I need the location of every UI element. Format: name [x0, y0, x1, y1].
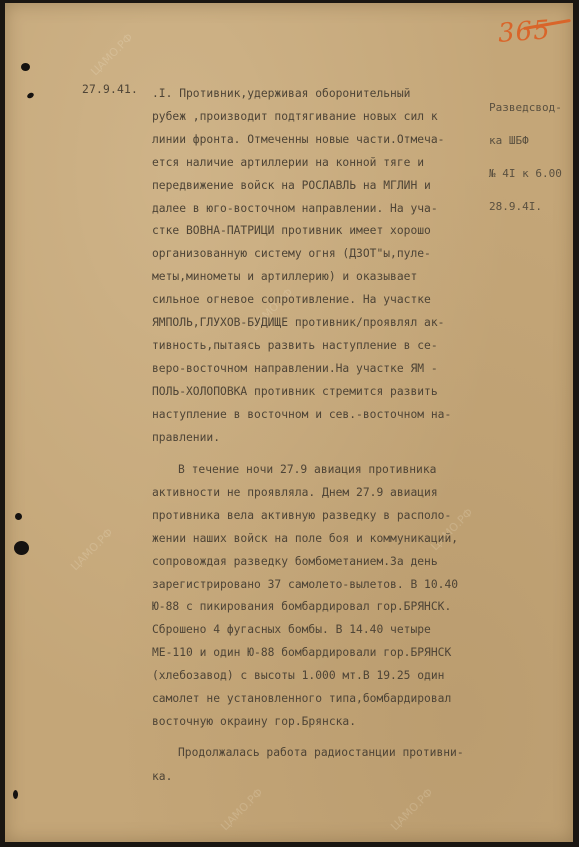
text-line: (хлебозавод) с высоты 1.000 мт.В 19.25 о… [152, 665, 458, 688]
side-note: Разведсвод- ка ШБФ № 4I к 6.00 28.9.4I. [489, 80, 562, 234]
text-line: В течение ночи 27.9 авиация противника [152, 459, 458, 482]
text-line: правлении. [152, 427, 451, 450]
side-note-line: № 4I к 6.00 [489, 168, 562, 179]
punch-hole-mark [26, 92, 35, 100]
report-date: 27.9.41. [82, 83, 138, 96]
text-line: далее в юго-восточном направлении. На уч… [152, 198, 451, 221]
watermark: ЦАМО.РФ [388, 786, 435, 833]
text-line: .I. Противник,удерживая оборонительный [152, 83, 451, 106]
text-line: сильное огневое сопротивление. На участк… [152, 289, 451, 312]
side-note-line: ка ШБФ [489, 135, 562, 146]
text-line: Продолжалась работа радиостанции противн… [152, 741, 464, 765]
text-line: организованную систему огня (ДЗОТ"ы,пуле… [152, 243, 451, 266]
text-line: Ю-88 с пикирования бомбардировал гор.БРЯ… [152, 596, 458, 619]
side-note-line: 28.9.4I. [489, 201, 562, 212]
paragraph-3: Продолжалась работа радиостанции противн… [152, 741, 464, 789]
text-line: меты,минометы и артиллерию) и оказывает [152, 266, 451, 289]
text-line: передвижение войск на РОСЛАВЛЬ на МГЛИН … [152, 175, 451, 198]
text-line: самолет не установленного типа,бомбардир… [152, 688, 458, 711]
text-line: наступление в восточном и сев.-восточном… [152, 404, 451, 427]
document-page: 365 ЦАМО.РФ ЦАМО.РФ ЦАМО.РФ ЦАМО.РФ ЦАМО… [5, 3, 573, 842]
text-line: ЯМПОЛЬ,ГЛУХОВ-БУДИЩЕ противник/проявлял … [152, 312, 451, 335]
handwritten-page-number: 365 [497, 15, 552, 49]
text-line: линии фронта. Отмеченны новые части.Отме… [152, 129, 451, 152]
text-line: МЕ-110 и один Ю-88 бомбардировали гор.БР… [152, 642, 458, 665]
text-line: зарегистрировано 37 самолето-вылетов. В … [152, 574, 458, 597]
text-line: стке ВОВНА-ПАТРИЦИ противник имеет хорош… [152, 220, 451, 243]
text-line: ется наличие артиллерии на конной тяге и [152, 152, 451, 175]
side-note-line: Разведсвод- [489, 102, 562, 113]
text-line: ка. [152, 765, 464, 789]
text-line: сопровождая разведку бомбометанием.За де… [152, 551, 458, 574]
text-line: веро-восточном направлении.На участке ЯМ… [152, 358, 451, 381]
punch-hole-mark [21, 63, 30, 71]
punch-hole-mark [15, 513, 22, 520]
watermark: ЦАМО.РФ [88, 31, 135, 78]
text-line: восточную окраину гор.Брянска. [152, 711, 458, 734]
watermark: ЦАМО.РФ [68, 526, 115, 573]
watermark: ЦАМО.РФ [218, 786, 265, 833]
text-line: рубеж ,производит подтягивание новых сил… [152, 106, 451, 129]
text-line: противника вела активную разведку в расп… [152, 505, 458, 528]
text-line: жении наших войск на поле боя и коммуник… [152, 528, 458, 551]
text-line: ПОЛЬ-ХОЛОПОВКА противник стремится разви… [152, 381, 451, 404]
text-line: тивность,пытаясь развить наступление в с… [152, 335, 451, 358]
paragraph-2: В течение ночи 27.9 авиация противника а… [152, 459, 458, 734]
paragraph-1: .I. Противник,удерживая оборонительный р… [152, 83, 451, 450]
punch-hole-mark [14, 541, 29, 555]
punch-hole-mark [13, 790, 18, 799]
text-line: активности не проявляла. Днем 27.9 авиац… [152, 482, 458, 505]
text-line: Сброшено 4 фугасных бомбы. В 14.40 четыр… [152, 619, 458, 642]
